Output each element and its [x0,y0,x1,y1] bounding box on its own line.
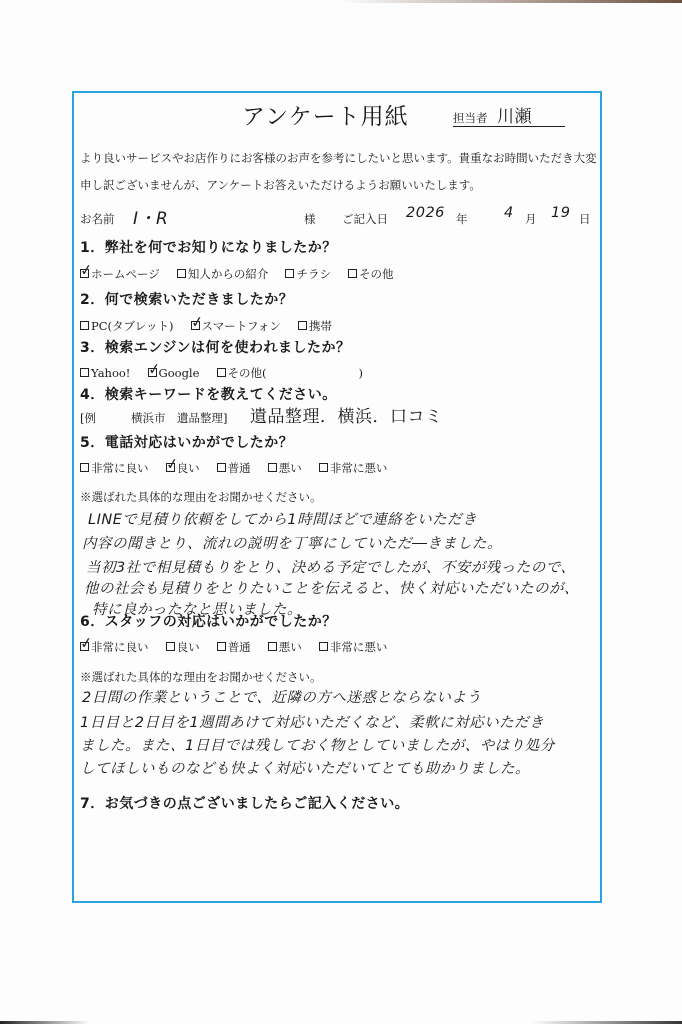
checkbox[interactable] [268,463,277,472]
intro-text-line1: より良いサービスやお店作りにお客様のお声を参考にしたいと思います。貴重なお時間い… [80,150,597,166]
reason-6-line1[interactable]: 2日間の作業ということで、近隣の方へ迷惑とならないよう [82,686,481,707]
option-average[interactable]: 普通 [217,639,251,655]
option-good[interactable]: ✓良い [166,460,200,476]
checkbox[interactable] [319,463,328,472]
reason-5-line2[interactable]: 内容の聞きとり、流れの説明を丁寧にしていただ きました。 [82,532,502,553]
checkbox[interactable] [319,642,328,651]
scan-edge-shadow [340,0,682,3]
option-good[interactable]: 良い [166,639,200,655]
option-flyer[interactable]: チラシ [285,266,331,282]
checkbox[interactable] [268,642,277,651]
option-very-good[interactable]: ✓非常に良い [80,639,149,655]
reason-6-line4[interactable]: してほしいものなども快よく対応いただいてとても助かりました。 [80,757,530,778]
checkmark-icon: ✓ [146,359,161,379]
checkbox[interactable]: ✓ [166,463,175,472]
option-smartphone[interactable]: ✓スマートフォン [191,318,281,334]
intro-text-line2: 申し訳ございませんが、アンケートお答えいただけるようお願いいたします。 [80,177,481,193]
reason-5-line4[interactable]: 他の社会も見積りをとりたいことを伝えると、快く対応いただいたのが、 [84,577,579,598]
question-6-options: ✓非常に良い 良い 普通 悪い 非常に悪い [80,636,399,655]
checkbox[interactable] [80,463,89,472]
reason-5-line1[interactable]: LINEで見積り依頼をしてから1時間ほどで連絡をいただき [88,508,477,529]
option-average[interactable]: 普通 [217,460,251,476]
reason-5-line3[interactable]: 当初3社で相見積もりをとり、決める予定でしたが、不安が残ったので、 [86,556,575,577]
option-very-bad[interactable]: 非常に悪い [319,639,388,655]
question-6-label: 6．スタッフの対応はいかがでしたか？ [80,611,337,631]
reason-6-line2[interactable]: 1日目と2日目を1週間あけて対応いただくなど、柔軟に対応いただき [80,711,544,732]
date-label: ご記入日 [342,211,388,227]
question-1-label: 1．弊社を何でお知りになりましたか？ [80,237,337,257]
checkbox[interactable] [80,321,89,330]
option-pc-tablet[interactable]: PC(タブレット) [80,318,173,334]
option-bad[interactable]: 悪い [268,460,302,476]
year-label: 年 [456,211,468,227]
month-label: 月 [525,211,537,227]
name-value[interactable]: I・R [133,204,168,229]
reason-prompt-5: ※選ばれた具体的な理由をお聞かせください。 [80,489,322,505]
day-label: 日 [579,211,591,227]
survey-title: アンケート用紙 [242,98,409,131]
checkbox[interactable] [298,321,307,330]
checkbox[interactable] [217,463,226,472]
question-4-label: 4．検索キーワードを教えてください。 [80,384,337,404]
option-yahoo[interactable]: Yahoo! [80,366,130,380]
checkbox[interactable] [177,269,186,278]
question-2-options: PC(タブレット) ✓スマートフォン 携帯 [80,315,344,334]
checkmark-icon: ✓ [79,633,94,653]
staff-field: 担当者 川瀬 [453,104,565,127]
checkbox[interactable] [217,642,226,651]
checkmark-icon: ✓ [189,312,204,332]
comments-area[interactable] [80,818,595,898]
checkbox[interactable] [80,368,89,377]
date-month[interactable]: 4 [504,205,514,221]
keyword-answer[interactable]: 遺品整理．横浜．口コミ [250,402,443,427]
option-homepage[interactable]: ✓ホームページ [80,266,160,282]
checkbox[interactable] [166,642,175,651]
checkbox[interactable]: ✓ [148,368,157,377]
checkbox[interactable] [285,269,294,278]
question-1-options: ✓ホームページ 知人からの紹介 チラシ その他 [80,263,406,282]
checkbox[interactable]: ✓ [80,642,89,651]
checkmark-icon: ✓ [79,260,94,280]
checkbox[interactable] [348,269,357,278]
option-very-bad[interactable]: 非常に悪い [319,460,388,476]
option-mobile[interactable]: 携帯 [298,318,332,334]
option-referral[interactable]: 知人からの紹介 [177,266,269,282]
option-google[interactable]: ✓Google [148,366,200,380]
date-year[interactable]: 2026 [406,205,445,221]
checkbox[interactable]: ✓ [80,269,89,278]
question-5-label: 5．電話対応はいかがでしたか？ [80,432,293,452]
staff-label: 担当者 [453,110,488,126]
staff-name: 川瀬 [497,102,532,127]
option-other-engine[interactable]: その他( ) [217,365,363,381]
honorific-label: 様 [304,211,316,227]
option-very-good[interactable]: 非常に良い [80,460,149,476]
reason-prompt-6: ※選ばれた具体的な理由をお聞かせください。 [80,669,322,685]
question-3-options: Yahoo! ✓Google その他( ) [80,362,375,381]
crossed-out-mark [412,536,427,552]
name-label: お名前 [80,211,115,227]
keyword-example-prefix: [例 [80,410,96,426]
checkbox[interactable] [217,368,226,377]
option-bad[interactable]: 悪い [268,639,302,655]
question-2-label: 2．何で検索いただきましたか？ [80,289,293,309]
reason-6-line3[interactable]: ました。また、1日目では残しておく物としていましたが、やはり処分 [80,734,555,755]
question-7-label: 7．お気づきの点ございましたらご記入ください。 [80,793,409,813]
keyword-example: 横浜市 遺品整理] [131,410,228,426]
question-5-options: 非常に良い ✓良い 普通 悪い 非常に悪い [80,457,399,476]
checkbox[interactable]: ✓ [191,321,200,330]
option-other[interactable]: その他 [348,266,394,282]
date-day[interactable]: 19 [551,205,570,221]
question-3-label: 3．検索エンジンは何を使われましたか？ [80,337,351,357]
checkmark-icon: ✓ [164,454,179,474]
